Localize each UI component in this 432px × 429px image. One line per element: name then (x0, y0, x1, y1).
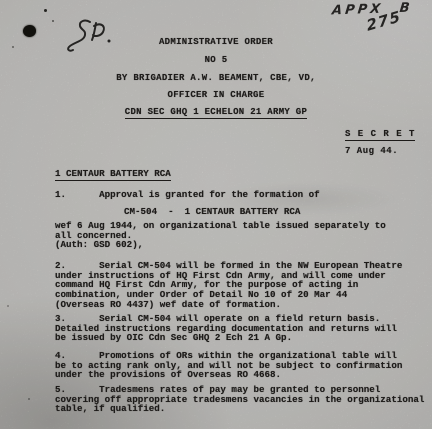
paragraph-line: under the provisions of Overseas RO 4668… (55, 370, 402, 380)
paragraph-2: 2. Serial CM-504 will be formed in the N… (55, 261, 402, 310)
classification-stamp: S E C R E T (345, 129, 415, 139)
paragraph-4: 4. Promotions of ORs within the organiza… (55, 351, 402, 380)
hole-punch-dot (23, 25, 36, 37)
paragraph-1-opening: 1. Approval is granted for the formation… (55, 189, 320, 200)
ink-speck (28, 398, 30, 400)
order-by-line: BY BRIGADIER A.W. BEAMENT, CBE, VD, (0, 73, 432, 83)
unit-line: CDN SEC GHQ 1 ECHELON 21 ARMY GP (0, 107, 432, 117)
scanned-document: { "page": { "paper_color": "#d1d0cd", "i… (0, 0, 432, 429)
ink-speck (7, 305, 9, 307)
section-heading: 1 CENTAUR BATTERY RCA (55, 168, 171, 179)
paragraph-3: 3. Serial CM-504 will operate on a field… (55, 314, 397, 343)
officer-role-line: OFFICER IN CHARGE (0, 90, 432, 100)
document-date: 7 Aug 44. (345, 146, 398, 156)
paragraph-line: be issued by OIC Cdn Sec GHQ 2 Ech 21 A … (55, 333, 397, 343)
ink-speck (52, 20, 54, 22)
paragraph-5: 5. Tradesmens rates of pay may be grante… (55, 385, 424, 414)
paragraph-line: table, if qualified. (55, 404, 424, 414)
paragraph-1-unit-designation: CM-504 - 1 CENTAUR BATTERY RCA (124, 206, 300, 217)
classification-text: S E C R E T (345, 129, 415, 141)
unit-line-text: CDN SEC GHQ 1 ECHELON 21 ARMY GP (125, 107, 307, 119)
paragraph-line: (Overseas RO 4437) wef date of formation… (55, 300, 402, 310)
ink-speck (44, 9, 47, 12)
section-heading-text: 1 CENTAUR BATTERY RCA (55, 168, 171, 181)
order-title: ADMINISTRATIVE ORDER (0, 37, 432, 47)
paragraph-1-continuation: wef 6 Aug 1944, on organizational table … (55, 221, 386, 250)
paragraph-line: (Auth: GSD 602), (55, 240, 386, 250)
order-number: NO 5 (0, 55, 432, 65)
